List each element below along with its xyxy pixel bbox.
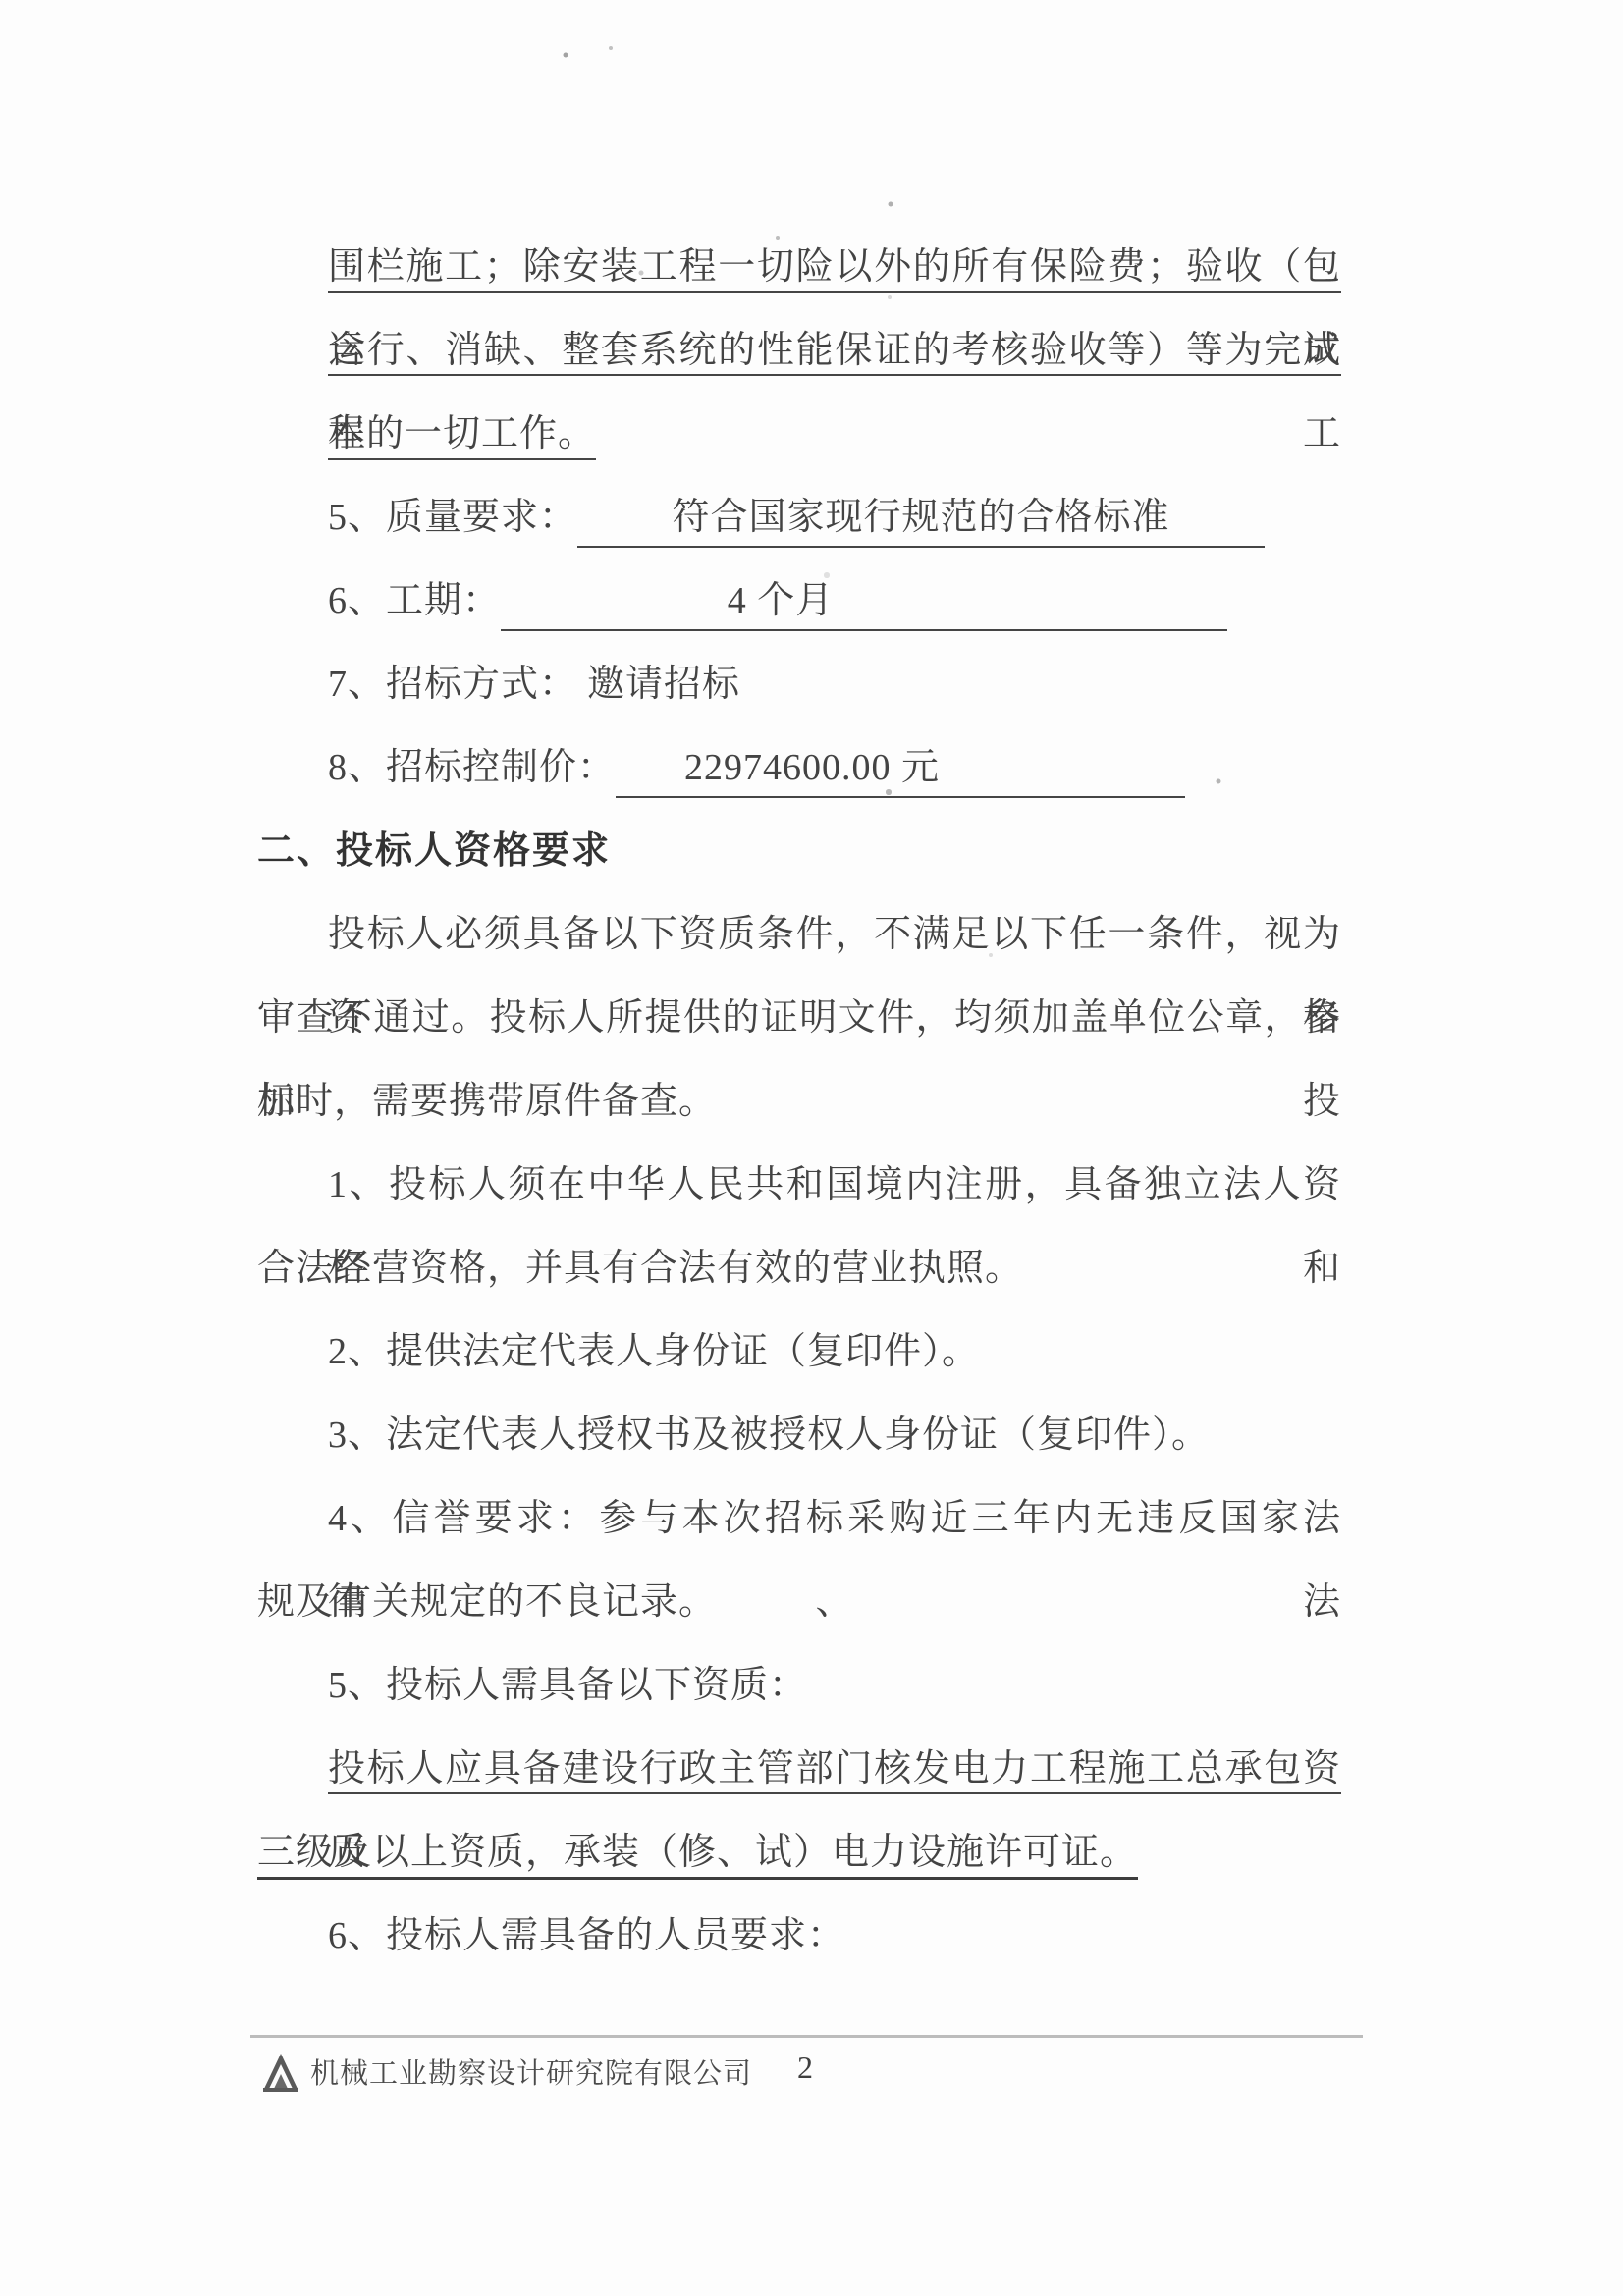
qualification-intro-line-1: 投标人必须具备以下资质条件，不满足以下任一条件，视为资格 [257, 893, 1341, 977]
scope-continuation-line-1: 围栏施工；除安装工程一切险以外的所有保险费；验收（包含试 [257, 226, 1341, 309]
bidder-qualification-heading: 二、投标人资格要求 [257, 810, 1341, 893]
footer: 机械工业勘察设计研究院有限公司 [261, 2048, 752, 2095]
method-item-label: 7、招标方式： [328, 664, 577, 705]
price-value: 22974600.00 元 [684, 747, 940, 788]
quality-item-row: 5、质量要求：符合国家现行规范的合格标准 [257, 476, 1341, 560]
method-item-row: 7、招标方式：邀请招标 [257, 643, 1341, 726]
quality-value: 符合国家现行规范的合格标准 [673, 497, 1170, 538]
price-item-row: 8、招标控制价：22974600.00 元 [257, 726, 1341, 810]
quality-value-underline: 符合国家现行规范的合格标准 [577, 489, 1265, 548]
qualification-item-6: 6、投标人需具备的人员要求： [257, 1895, 1341, 1978]
required-credential-line-2: 三级及以上资质，承装（修、试）电力设施许可证。 [257, 1811, 1341, 1895]
duration-value-underline: 4 个月 [501, 572, 1227, 631]
required-credential-line-2-text: 三级及以上资质，承装（修、试）电力设施许可证。 [257, 1832, 1138, 1880]
qualification-item-4-line-1: 4、信誉要求：参与本次招标采购近三年内无违反国家法律、法 [257, 1477, 1341, 1561]
page-number: 2 [797, 2050, 813, 2086]
scan-noise-specks [0, 0, 2, 2]
price-value-underline: 22974600.00 元 [616, 739, 1185, 798]
qualification-item-2: 2、提供法定代表人身份证（复印件）。 [257, 1310, 1341, 1394]
qualification-intro-line-2: 审查不通过。投标人所提供的证明文件，均须加盖单位公章，参加投 [257, 977, 1341, 1060]
qualification-item-5: 5、投标人需具备以下资质： [257, 1644, 1341, 1728]
scope-continuation-line-2: 运行、消缺、整套系统的性能保证的考核验收等）等为完成本工 [257, 309, 1341, 393]
price-item-label: 8、招标控制价： [328, 747, 616, 788]
scope-continuation-line-3-text: 程的一切工作。 [328, 413, 596, 460]
duration-value: 4 个月 [728, 580, 835, 621]
method-value: 邀请招标 [587, 664, 740, 705]
company-mountain-logo-icon [261, 2051, 300, 2092]
document-body: 围栏施工；除安装工程一切险以外的所有保险费；验收（包含试 运行、消缺、整套系统的… [257, 226, 1341, 1978]
duration-item-row: 6、工期：4 个月 [257, 560, 1341, 643]
qualification-item-3: 3、法定代表人授权书及被授权人身份证（复印件）。 [257, 1394, 1341, 1477]
qualification-item-1-line-1: 1、投标人须在中华人民共和国境内注册，具备独立法人资格和 [257, 1144, 1341, 1227]
quality-item-label: 5、质量要求： [328, 497, 577, 538]
duration-item-label: 6、工期： [328, 580, 501, 621]
footer-company-name: 机械工业勘察设计研究院有限公司 [310, 2052, 752, 2092]
footer-divider [250, 2035, 1363, 2038]
scanned-document-page: { "doc": { "scope_continuation": { "l1":… [0, 0, 1623, 2296]
required-credential-line-1: 投标人应具备建设行政主管部门核发电力工程施工总承包资质 [257, 1728, 1341, 1811]
